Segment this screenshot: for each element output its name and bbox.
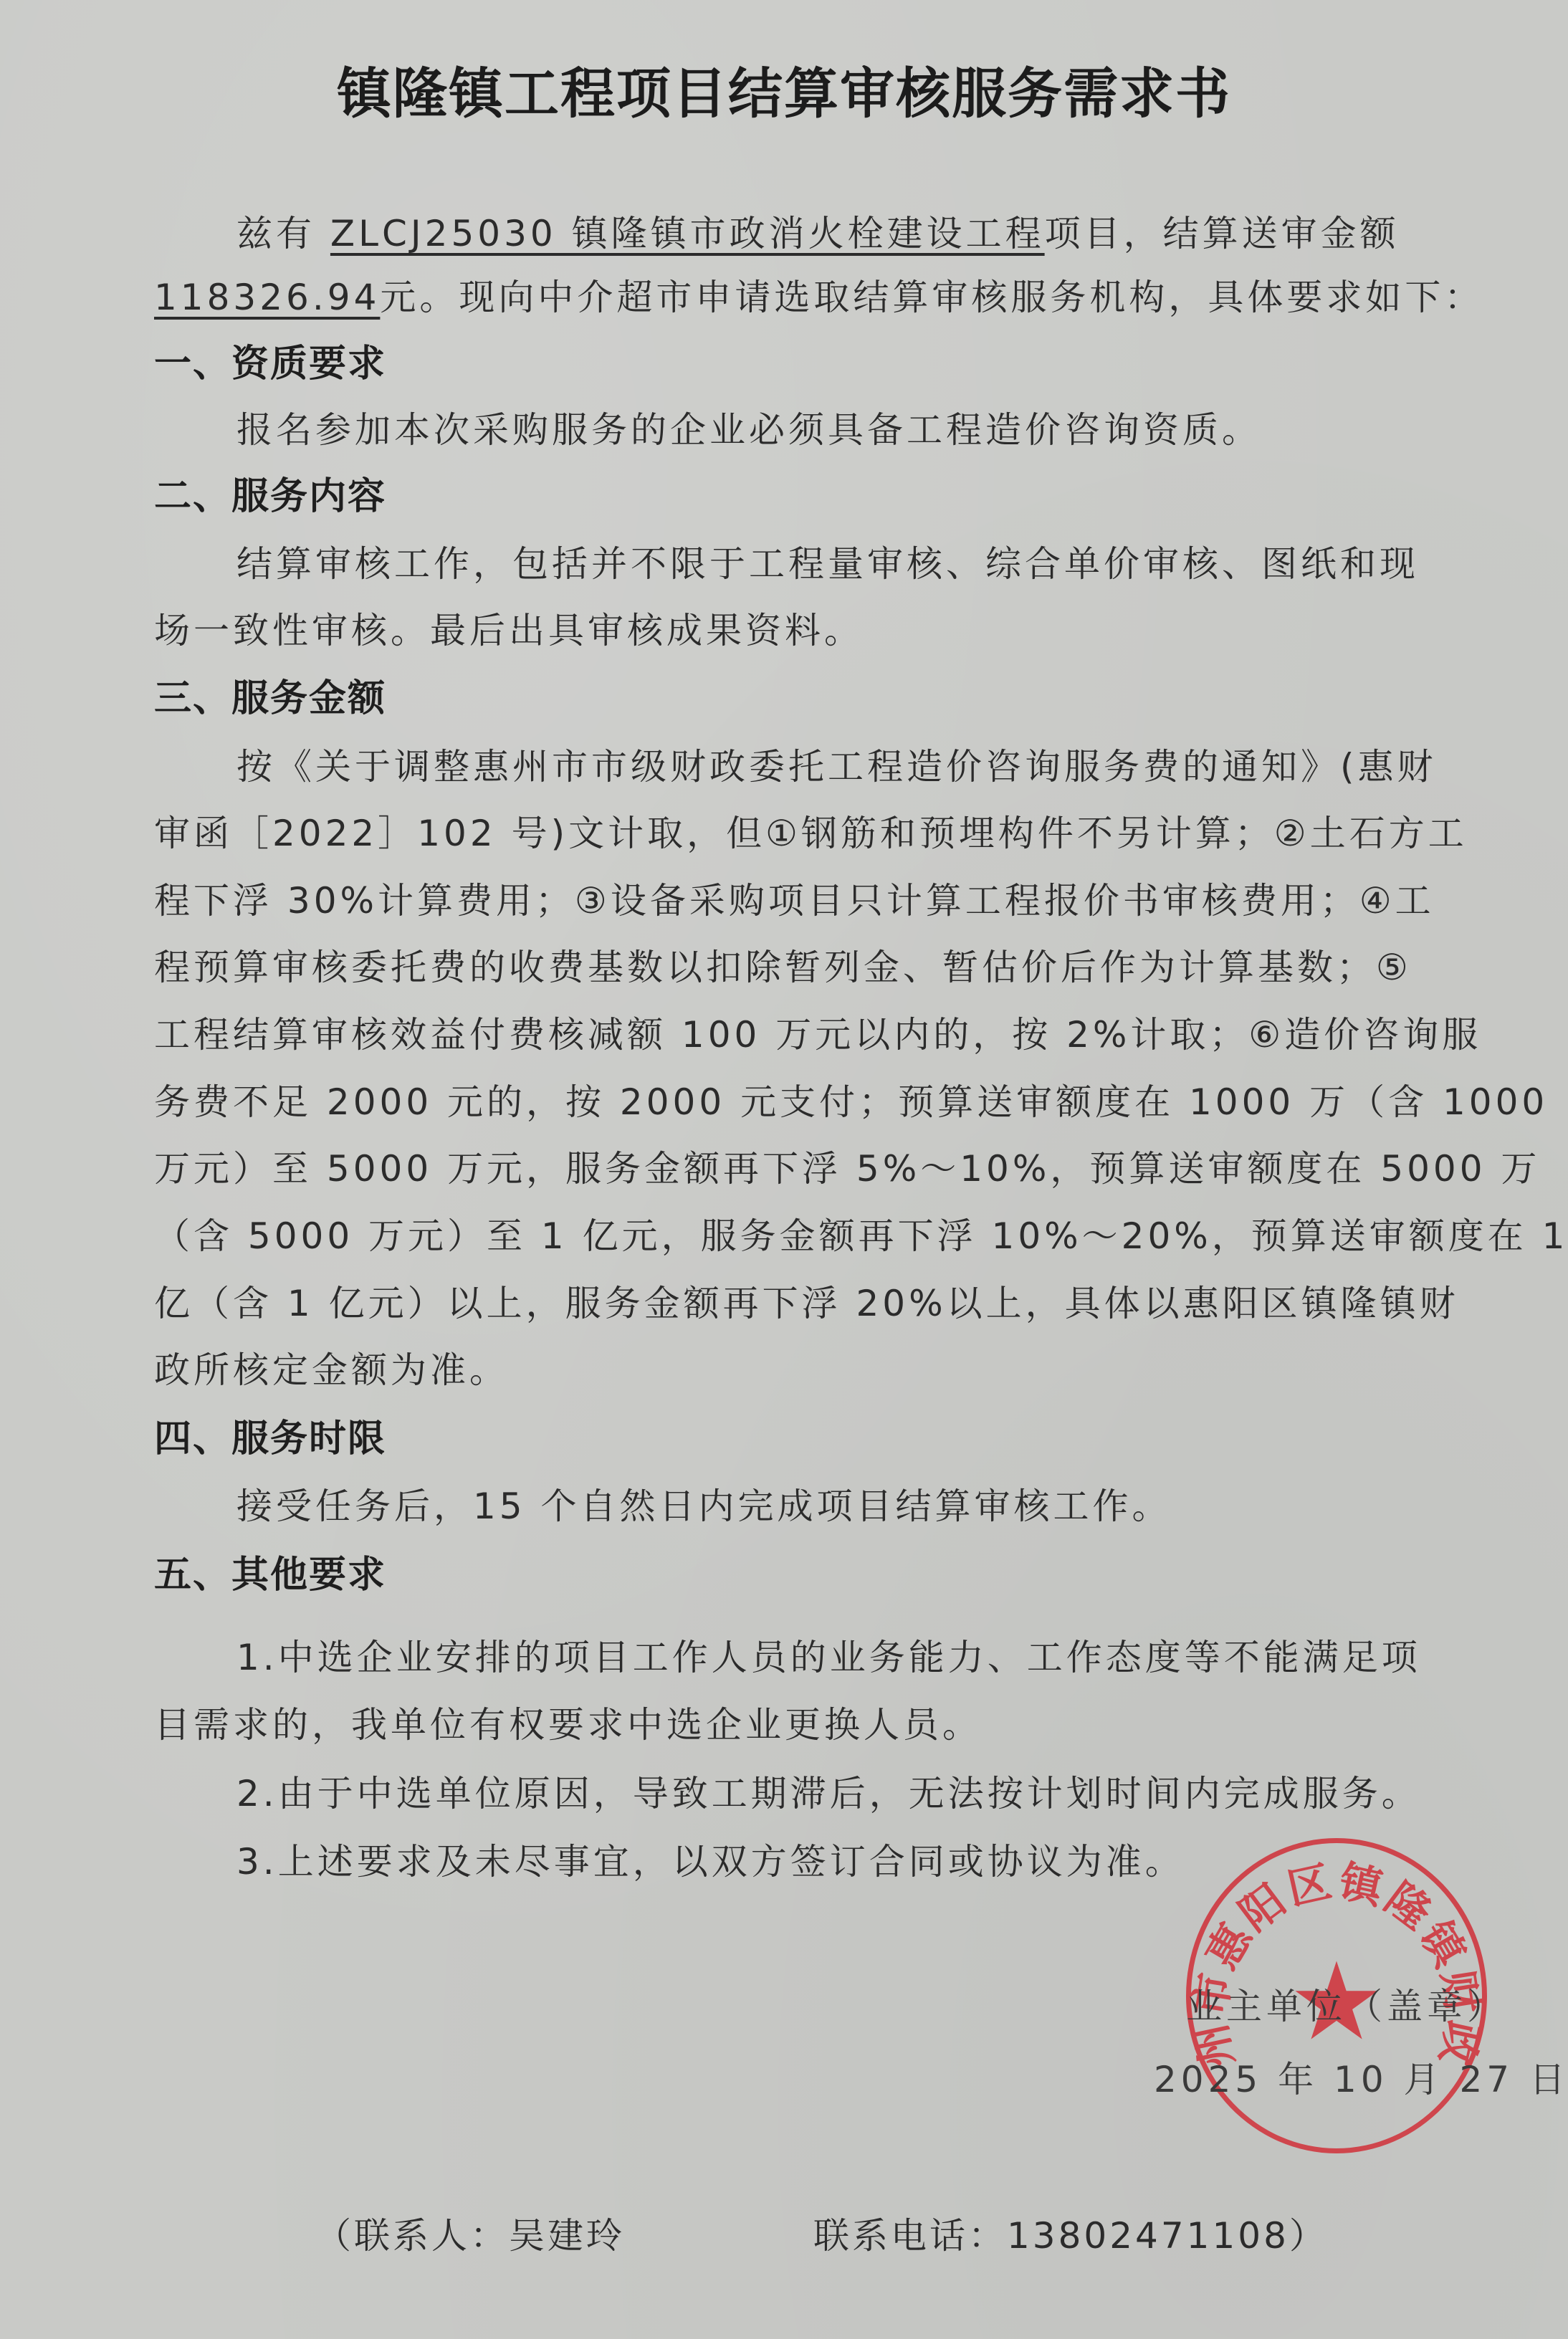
intro-line-1: 兹有 ZLCJ25030 镇隆镇市政消火栓建设工程项目，结算送审金额 xyxy=(236,212,1400,255)
settlement-amount: 118326.94 xyxy=(154,277,380,318)
section-heading-service-period: 四、服务时限 xyxy=(154,1417,386,1460)
section-4-line-1: 接受任务后，15 个自然日内完成项目结算审核工作。 xyxy=(236,1485,1172,1528)
section-3-line-2: 审函［2022］102 号)文计取，但①钢筋和预埋构件不另计算；②土石方工 xyxy=(154,812,1468,855)
intro-prefix: 兹有 xyxy=(236,213,315,254)
contact-phone: 联系电话：13802471108） xyxy=(813,2214,1328,2257)
section-heading-other-requirements: 五、其他要求 xyxy=(154,1554,386,1597)
section-2-line-1: 结算审核工作，包括并不限于工程量审核、综合单价审核、图纸和现 xyxy=(236,542,1419,585)
owner-unit-seal-label: 业主单位（盖章） xyxy=(1186,1985,1507,2028)
section-3-line-10: 政所核定金额为准。 xyxy=(154,1349,509,1392)
section-5-line-1: 1.中选企业安排的项目工作人员的业务能力、工作态度等不能满足项 xyxy=(236,1636,1421,1679)
contact-person: （联系人：吴建玲 xyxy=(315,2214,625,2257)
section-3-line-8: （含 5000 万元）至 1 亿元，服务金额再下浮 10%～20%，预算送审额度… xyxy=(154,1215,1568,1258)
section-2-line-2: 场一致性审核。最后出具审核成果资料。 xyxy=(154,609,864,652)
signature-date: 2025 年 10 月 27 日 xyxy=(1154,2058,1568,2101)
section-3-line-5: 工程结算审核效益付费核减额 100 万元以内的，按 2%计取；⑥造价咨询服 xyxy=(154,1013,1481,1056)
section-5-line-2: 目需求的，我单位有权要求中选企业更换人员。 xyxy=(154,1703,982,1746)
section-1-line-1: 报名参加本次采购服务的企业必须具备工程造价咨询资质。 xyxy=(236,408,1261,451)
section-heading-service-amount: 三、服务金额 xyxy=(154,677,386,720)
section-3-line-7: 万元）至 5000 万元，服务金额再下浮 5%～10%，预算送审额度在 5000… xyxy=(154,1147,1540,1190)
section-5-line-3: 2.由于中选单位原因，导致工期滞后，无法按计划时间内完成服务。 xyxy=(236,1772,1421,1815)
intro-middle: 项目，结算送审金额 xyxy=(1045,213,1400,254)
section-3-line-6: 务费不足 2000 元的，按 2000 元支付；预算送审额度在 1000 万（含… xyxy=(154,1081,1548,1124)
intro-line-2: 118326.94元。现向中介超市申请选取结算审核服务机构，具体要求如下： xyxy=(154,276,1483,319)
project-code-name: ZLCJ25030 镇隆镇市政消火栓建设工程 xyxy=(330,213,1045,254)
document-page: 镇隆镇工程项目结算审核服务需求书 兹有 ZLCJ25030 镇隆镇市政消火栓建设… xyxy=(0,0,1568,2339)
section-3-line-1: 按《关于调整惠州市市级财政委托工程造价咨询服务费的通知》(惠财 xyxy=(236,745,1437,788)
section-heading-service-content: 二、服务内容 xyxy=(154,475,386,518)
section-3-line-3: 程下浮 30%计算费用；③设备采购项目只计算工程报价书审核费用；④工 xyxy=(154,879,1435,922)
section-3-line-4: 程预算审核委托费的收费基数以扣除暂列金、暂估价后作为计算基数；⑤ xyxy=(154,946,1412,989)
section-3-line-9: 亿（含 1 亿元）以上，服务金额再下浮 20%以上，具体以惠阳区镇隆镇财 xyxy=(154,1282,1459,1325)
document-title: 镇隆镇工程项目结算审核服务需求书 xyxy=(0,50,1568,128)
intro-suffix: 元。现向中介超市申请选取结算审核服务机构，具体要求如下： xyxy=(380,277,1483,318)
section-heading-qualification: 一、资质要求 xyxy=(154,343,386,386)
section-5-line-4: 3.上述要求及未尽事宜，以双方签订合同或协议为准。 xyxy=(236,1840,1185,1883)
